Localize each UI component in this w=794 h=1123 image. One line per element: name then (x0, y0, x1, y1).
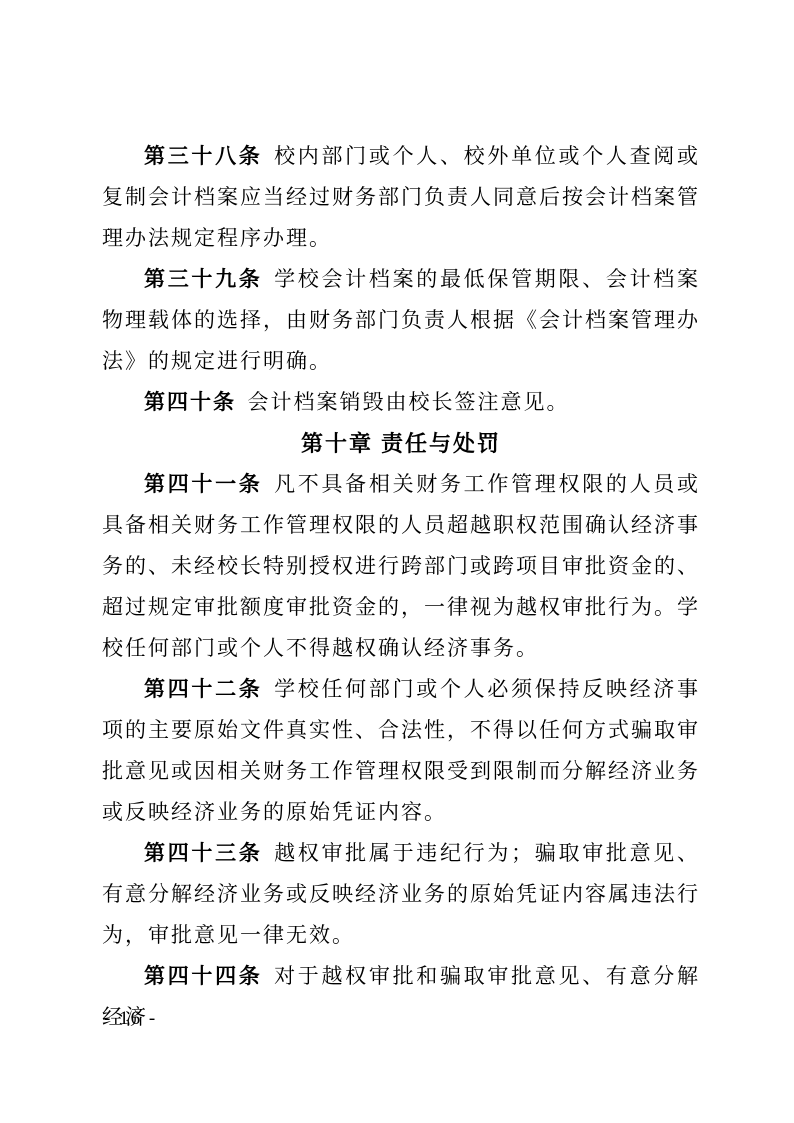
article-42-number: 第四十二条 (144, 677, 263, 701)
article-44-number: 第四十四条 (144, 964, 263, 988)
article-40-paragraph: 第四十条会计档案销毁由校长签注意见。 (102, 382, 700, 423)
document-page: 第三十八条校内部门或个人、校外单位或个人查阅或复制会计档案应当经过财务部门负责人… (0, 0, 794, 1123)
chapter-heading: 第十章 责任与处罚 (102, 423, 700, 464)
article-43-paragraph: 第四十三条越权审批属于违纪行为；骗取审批意见、有意分解经济业务或反映经济业务的原… (102, 833, 700, 956)
article-41-number: 第四十一条 (144, 472, 263, 496)
article-39-paragraph: 第三十九条学校会计档案的最低保管期限、会计档案物理载体的选择，由财务部门负责人根… (102, 259, 700, 382)
article-43-number: 第四十三条 (144, 841, 263, 865)
article-40-number: 第四十条 (144, 390, 236, 414)
article-38-number: 第三十八条 (144, 144, 263, 168)
article-41-paragraph: 第四十一条凡不具备相关财务工作管理权限的人员或具备相关财务工作管理权限的人员超越… (102, 464, 700, 669)
article-44-paragraph: 第四十四条对于越权审批和骗取审批意见、有意分解经济 (102, 956, 700, 1038)
article-42-paragraph: 第四十二条学校任何部门或个人必须保持反映经济事项的主要原始文件真实性、合法性，不… (102, 669, 700, 833)
article-40-text: 会计档案销毁由校长签注意见。 (248, 390, 570, 414)
article-39-number: 第三十九条 (144, 267, 263, 291)
article-38-paragraph: 第三十八条校内部门或个人、校外单位或个人查阅或复制会计档案应当经过财务部门负责人… (102, 136, 700, 259)
document-content: 第三十八条校内部门或个人、校外单位或个人查阅或复制会计档案应当经过财务部门负责人… (102, 136, 700, 1038)
page-number: - 16 - (104, 1008, 157, 1030)
article-41-text: 凡不具备相关财务工作管理权限的人员或具备相关财务工作管理权限的人员超越职权范围确… (102, 472, 700, 660)
